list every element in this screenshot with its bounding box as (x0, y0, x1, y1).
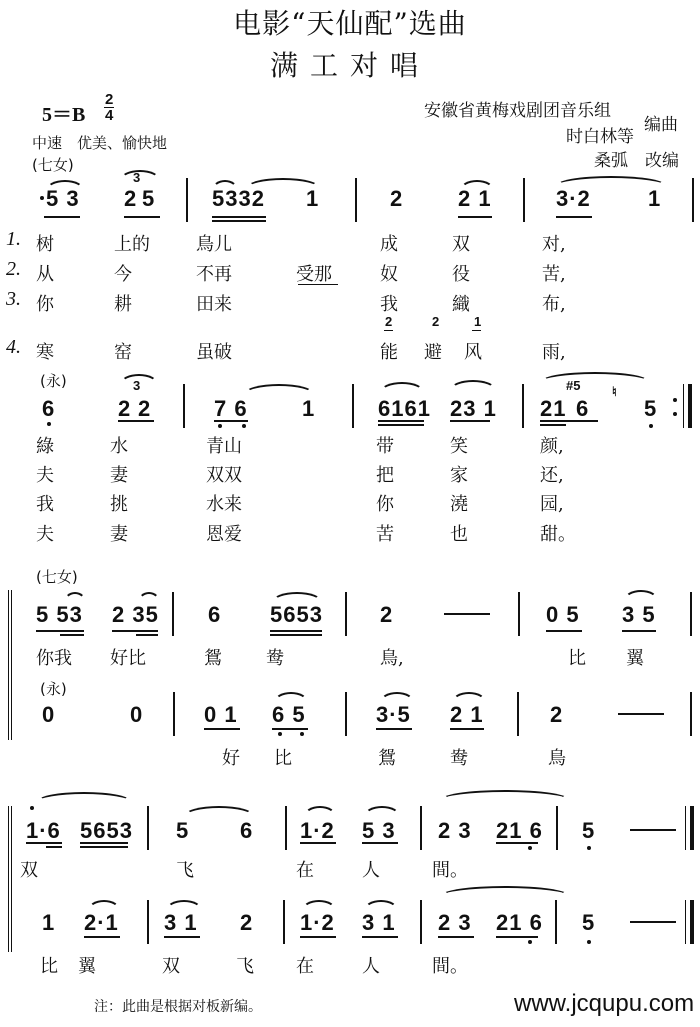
note: 2 (390, 186, 403, 212)
lyric: 苦 (376, 520, 394, 546)
underline (622, 630, 656, 632)
lyric: 鳥儿 (196, 230, 232, 256)
lyric: 双双 (206, 461, 242, 487)
lyric: 树 (36, 230, 54, 256)
barline (355, 178, 357, 222)
tie (36, 792, 132, 802)
note-group: 0 1 (204, 702, 238, 728)
note-group: 6161 (378, 396, 431, 422)
slur (88, 900, 120, 910)
lyric: 鳥 (548, 744, 566, 770)
lyric: 在 (296, 856, 314, 882)
lyric: 鸯 (450, 744, 468, 770)
underline (124, 216, 160, 218)
ornament-sharp-5: #5 (566, 378, 580, 393)
lyric: 我 (36, 490, 54, 516)
lyric: 双 (162, 952, 180, 978)
slur (304, 806, 336, 816)
alt-note: 2 (432, 314, 439, 329)
lyric: 挑 (110, 490, 128, 516)
lyric: 甜。 (540, 520, 576, 546)
underline (540, 420, 598, 422)
lyric: 水来 (206, 490, 242, 516)
lyric: 对, (542, 230, 566, 256)
underline (270, 630, 322, 632)
underline (384, 330, 393, 331)
credit-adapter: 桑弧 改编 (594, 146, 679, 171)
tie (184, 806, 254, 816)
note-group: 3·5 (376, 702, 411, 728)
underline (438, 936, 474, 938)
lyric: 好 (222, 744, 240, 770)
credit-organization: 安徽省黄梅戏剧团音乐组 (424, 96, 611, 121)
underline (164, 936, 200, 938)
tie (555, 176, 667, 186)
underline (472, 330, 481, 331)
lyric: 鴛 (378, 744, 396, 770)
note: 5 (582, 818, 595, 844)
tie (244, 384, 314, 394)
underline (36, 630, 84, 632)
note-group: 5653 (270, 602, 323, 628)
slur (380, 382, 424, 392)
extension-dash (618, 713, 664, 715)
note-group: 1·6 (26, 818, 61, 844)
lyric: 你我 (36, 644, 72, 670)
underline-double (540, 424, 566, 426)
lyric: 双 (452, 230, 470, 256)
underline-double (270, 634, 322, 636)
underline (450, 420, 490, 422)
note-group: 1·2 (300, 818, 335, 844)
underline (300, 842, 336, 844)
tie (440, 790, 570, 800)
slur (452, 692, 486, 702)
lyric: 澆 (450, 490, 468, 516)
note: 6 (240, 818, 253, 844)
lyric: 役 (452, 260, 470, 286)
slur (450, 380, 496, 390)
note: 5 (142, 186, 155, 212)
final-barline-thin (685, 900, 686, 944)
grace-note: 3 (133, 170, 140, 185)
note: 2 (550, 702, 563, 728)
underline-double (378, 424, 424, 426)
lyric: 颜, (540, 432, 564, 458)
note-group: 21 6 (496, 910, 543, 936)
underline (272, 728, 308, 730)
note: 6 (576, 396, 589, 422)
lyric: 鴛 (204, 644, 222, 670)
singer-label-qinv: (七女) (32, 154, 74, 175)
lyric: 避 (424, 338, 442, 364)
barline (173, 692, 175, 736)
octave-dot-low (649, 424, 653, 428)
barline (172, 592, 174, 636)
lyric: 在 (296, 952, 314, 978)
lyric: 虽破 (196, 338, 232, 364)
underline (204, 728, 240, 730)
octave-dot-low (242, 424, 246, 428)
underline (450, 728, 484, 730)
verse-number-1: 1. (6, 228, 21, 251)
underline (298, 284, 338, 285)
lyric: 翼 (78, 952, 96, 978)
extension-dash (630, 921, 676, 923)
note-group: 21 (540, 396, 566, 422)
lyric: 好比 (110, 644, 146, 670)
lyric: 青山 (206, 432, 242, 458)
lyric: 窑 (114, 338, 132, 364)
system-brace (8, 590, 12, 740)
note-group: 23 1 (450, 396, 497, 422)
lyric: 夫 (36, 461, 54, 487)
underline (84, 936, 120, 938)
octave-dot (40, 196, 44, 200)
slur (272, 592, 322, 602)
tie (540, 372, 650, 382)
tie (440, 886, 570, 896)
underline (378, 420, 424, 422)
barline (692, 178, 694, 222)
final-barline-thick (690, 900, 694, 944)
note-group: 5 53 (36, 602, 83, 628)
lyric: 綠 (36, 432, 54, 458)
barline (517, 692, 519, 736)
octave-dot-low (528, 846, 532, 850)
lyric: 鸯 (266, 644, 284, 670)
note-group: 2 3 (438, 818, 472, 844)
slur (302, 900, 336, 910)
lyric: 妻 (110, 461, 128, 487)
slur (364, 900, 398, 910)
note-group: 5 3 (46, 186, 80, 212)
lyric: 风 (464, 338, 482, 364)
barline (555, 900, 557, 944)
slur (166, 900, 202, 910)
lyric: 还, (540, 461, 564, 487)
lyric: 笑 (450, 432, 468, 458)
note: 2 (138, 396, 151, 422)
lyric: 受那 (296, 260, 332, 286)
note: 1 (302, 396, 315, 422)
note: 1 (42, 910, 55, 936)
extension-dash (444, 613, 490, 615)
song-source-title: 电影“天仙配”选曲 (0, 2, 700, 42)
repeat-barline-thin (683, 384, 684, 428)
slur (64, 592, 86, 602)
lyric: 耕 (114, 290, 132, 316)
underline (496, 936, 538, 938)
credit-arrangers: 时白林等 (566, 122, 634, 147)
lyric: 你 (376, 490, 394, 516)
note-group: 5332 (212, 186, 265, 212)
verse-number-3: 3. (6, 288, 21, 311)
underline (214, 420, 248, 422)
lyric: 比 (40, 952, 58, 978)
underline-double (136, 634, 158, 636)
note: 5 (644, 396, 657, 422)
underline (376, 728, 412, 730)
note: 5 (582, 910, 595, 936)
lyric: 織 (452, 290, 470, 316)
time-signature: 2 4 (104, 92, 114, 123)
note-group: 7 6 (214, 396, 248, 422)
alt-note: 2 (385, 314, 392, 329)
note-group: 3 1 (164, 910, 198, 936)
underline (362, 842, 398, 844)
grace-note: 3 (133, 378, 140, 393)
note-group: 2·1 (84, 910, 119, 936)
lyric: 田来 (196, 290, 232, 316)
lyric: 今 (114, 260, 132, 286)
octave-dot-low (528, 940, 532, 944)
note: 1 (648, 186, 661, 212)
octave-dot-high (30, 806, 34, 810)
song-title: 满工对唱 (0, 44, 700, 84)
slur (364, 806, 400, 816)
note: 2 (124, 186, 137, 212)
barline (556, 806, 558, 850)
note-group: 6 5 (272, 702, 306, 728)
note: 2 (240, 910, 253, 936)
lyric: 家 (450, 461, 468, 487)
underline (26, 842, 62, 844)
lyric: 間。 (432, 952, 468, 978)
note-group: 5 3 (362, 818, 396, 844)
underline (118, 420, 154, 422)
underline (44, 216, 80, 218)
final-barline-thin (685, 806, 686, 850)
octave-dot-low (278, 732, 282, 736)
lyric: 寒 (36, 338, 54, 364)
note-group: 21 6 (496, 818, 543, 844)
note: 6 (208, 602, 221, 628)
lyric: 飞 (236, 952, 254, 978)
lyric: 布, (542, 290, 566, 316)
slur (138, 592, 160, 602)
alt-note: 1 (474, 314, 481, 329)
lyric: 双 (20, 856, 38, 882)
barline (518, 592, 520, 636)
lyric: 苦, (542, 260, 566, 286)
lyric: 夫 (36, 520, 54, 546)
underline-double (212, 220, 266, 222)
underline (546, 630, 582, 632)
repeat-barline-thick (688, 384, 692, 428)
underline-double (80, 846, 128, 848)
singer-label-yong: (永) (40, 370, 67, 391)
barline (522, 384, 524, 428)
barline (186, 178, 188, 222)
barline (420, 900, 422, 944)
footnote: 注：此曲是根据对板新编。 (94, 996, 262, 1016)
tempo-marking: 中速 优美、愉快地 (32, 132, 167, 153)
lyric: 比 (568, 644, 586, 670)
note-group: 2 1 (450, 702, 484, 728)
lyric: 水 (110, 432, 128, 458)
note-group: 3 5 (622, 602, 656, 628)
system-brace (8, 806, 12, 952)
note-group: 1·2 (300, 910, 335, 936)
lyric: 也 (450, 520, 468, 546)
lyric: 带 (376, 432, 394, 458)
barline (345, 692, 347, 736)
octave-dot-low (300, 732, 304, 736)
lyric: 人 (362, 952, 380, 978)
note: 0 (42, 702, 55, 728)
note: 2 (118, 396, 131, 422)
underline (362, 936, 398, 938)
lyric: 上的 (114, 230, 150, 256)
barline (690, 592, 692, 636)
barline (285, 806, 287, 850)
extension-dash (630, 829, 676, 831)
verse-number-4: 4. (6, 336, 21, 359)
note: 0 (130, 702, 143, 728)
lyric: 成 (380, 230, 398, 256)
underline (458, 216, 492, 218)
lyric: 翼 (626, 644, 644, 670)
lyric: 人 (362, 856, 380, 882)
underline (212, 216, 266, 218)
note-group: 5653 (80, 818, 133, 844)
octave-dot-low (587, 846, 591, 850)
lyric: 間。 (432, 856, 468, 882)
natural-sign: ♮ (612, 384, 617, 400)
barline (523, 178, 525, 222)
lyric: 能 (380, 338, 398, 364)
repeat-dot (673, 412, 677, 416)
barline (420, 806, 422, 850)
key-signature: 5＝B (42, 98, 85, 127)
note-group: 0 5 (546, 602, 580, 628)
lyric: 你 (36, 290, 54, 316)
underline (300, 936, 336, 938)
lyric: 我 (380, 290, 398, 316)
underline (80, 842, 128, 844)
underline (556, 216, 592, 218)
slur (624, 590, 658, 600)
lyric: 比 (274, 744, 292, 770)
barline (690, 692, 692, 736)
lyric: 雨, (542, 338, 566, 364)
barline (345, 592, 347, 636)
lyric: 不再 (196, 260, 232, 286)
lyric: 园, (540, 490, 564, 516)
underline (112, 630, 158, 632)
octave-dot-low (218, 424, 222, 428)
lyric: 把 (376, 461, 394, 487)
credit-role-arrange: 编曲 (644, 110, 678, 135)
underline-double (46, 846, 62, 848)
note-group: 2 1 (458, 186, 492, 212)
octave-dot-low (47, 422, 51, 426)
barline (352, 384, 354, 428)
lyric: 飞 (176, 856, 194, 882)
underline (496, 842, 538, 844)
lyric: 鳥, (380, 644, 404, 670)
note: 5 (176, 818, 189, 844)
lyric: 恩爱 (206, 520, 242, 546)
note-group: 3·2 (556, 186, 591, 212)
time-signature-top: 2 (104, 92, 114, 108)
note: 1 (306, 186, 319, 212)
note-group: 3 1 (362, 910, 396, 936)
slur (274, 692, 308, 702)
underline-double (60, 634, 84, 636)
verse-number-2: 2. (6, 258, 21, 281)
barline (283, 900, 285, 944)
singer-label-qinv: (七女) (36, 566, 78, 587)
note-group: 2 35 (112, 602, 159, 628)
watermark: www.jcqupu.com (514, 990, 694, 1018)
slur (380, 692, 414, 702)
singer-label-yong: (永) (40, 678, 67, 699)
repeat-dot (673, 398, 677, 402)
lyric: 奴 (380, 260, 398, 286)
note: 2 (380, 602, 393, 628)
lyric: 从 (36, 260, 54, 286)
note: 6 (42, 396, 55, 422)
time-signature-bottom: 4 (104, 108, 114, 123)
octave-dot-low (587, 940, 591, 944)
barline (183, 384, 185, 428)
barline (147, 900, 149, 944)
final-barline-thick (690, 806, 694, 850)
note-group: 2 3 (438, 910, 472, 936)
lyric: 妻 (110, 520, 128, 546)
barline (147, 806, 149, 850)
